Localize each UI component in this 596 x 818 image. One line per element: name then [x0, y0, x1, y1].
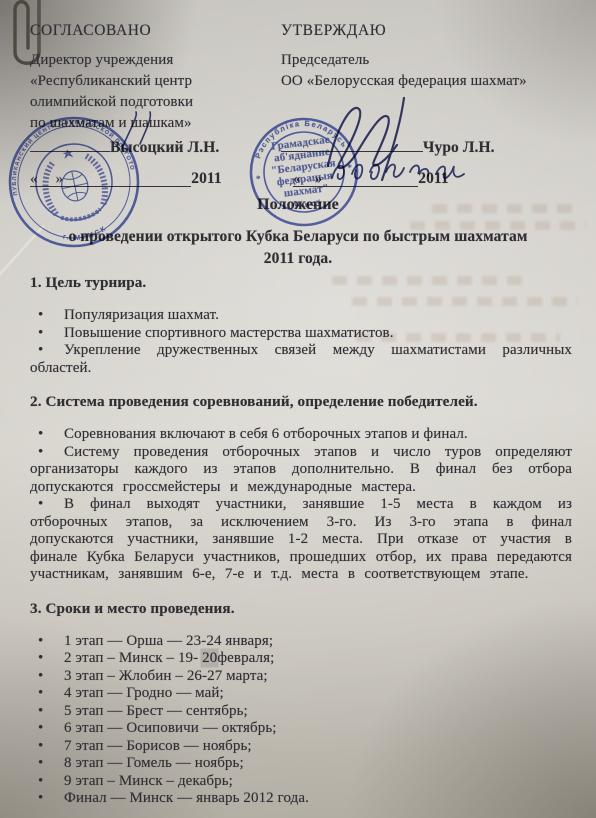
section-heading: 2. Система проведения соревнований, опре… — [30, 393, 572, 411]
schedule-item: 6 этап — Осиповичи — октябрь; — [30, 720, 572, 738]
schedule-item: 2 этап – Минск – 19- 20февраля; — [30, 650, 572, 668]
svg-text:г. МИНСК: г. МИНСК — [61, 224, 110, 245]
approved-org-line: Председатель — [281, 50, 591, 71]
schedule-item: Финал — Минск — январь 2012 года. — [30, 790, 572, 808]
bullet-item: Повышение спортивного мастерства шахмати… — [30, 325, 572, 343]
agreed-label: СОГЛАСОВАНО — [30, 22, 151, 40]
bullet-item: В финал выходят участники, занявшие 1-5 … — [30, 496, 572, 584]
bullet-item: Популяризация шахмат. — [30, 307, 572, 325]
stamp-left-bottom-text: г. МИНСК — [61, 224, 110, 245]
agreed-org-line: «Республиканский центр — [30, 71, 275, 92]
doc-body: 1. Цель турнира. Популяризация шахмат. П… — [30, 274, 572, 808]
highlighted-date: 20 — [202, 650, 217, 666]
bullet-item: Соревнования включают в себя 6 отборочны… — [30, 426, 572, 444]
schedule-item: 8 этап — Гомель — ноябрь; — [30, 755, 572, 773]
section-heading: 3. Сроки и место проведения. — [30, 600, 572, 618]
schedule-item: 4 этап — Гродно — май; — [30, 685, 572, 703]
schedule-item: 9 этап – Минск – декабрь; — [30, 773, 572, 791]
date-year: 2011 — [191, 170, 222, 187]
pen-mark-left — [116, 108, 160, 152]
handwritten-date-scrawl — [328, 158, 478, 190]
agreed-org-line: Директор учреждения — [30, 50, 275, 71]
bullet-item: Систему проведения отборочных этапов и ч… — [30, 444, 572, 497]
schedule-item: 5 этап — Брест — сентябрь; — [30, 703, 572, 721]
approved-label: УТВЕРЖДАЮ — [281, 22, 386, 40]
svg-text:*: * — [256, 173, 262, 184]
approved-org: Председатель ОО «Белорусская федерация ш… — [281, 50, 591, 92]
bullet-item: Укрепление дружественных связей между ша… — [30, 342, 572, 377]
schedule-item: 1 этап — Орша — 23-24 января; — [30, 633, 572, 651]
section-heading: 1. Цель турнира. — [30, 274, 572, 292]
schedule-item: 7 этап — Борисов — ноябрь; — [30, 738, 572, 756]
scanned-document: СОГЛАСОВАНО УТВЕРЖДАЮ Директор учреждени… — [0, 0, 596, 818]
doc-subtitle-line2: 2011 года. — [0, 250, 596, 268]
schedule-item: 3 этап – Жлобин – 26-27 марта; — [30, 668, 572, 686]
approved-org-line: ОО «Белорусская федерация шахмат» — [281, 71, 591, 92]
